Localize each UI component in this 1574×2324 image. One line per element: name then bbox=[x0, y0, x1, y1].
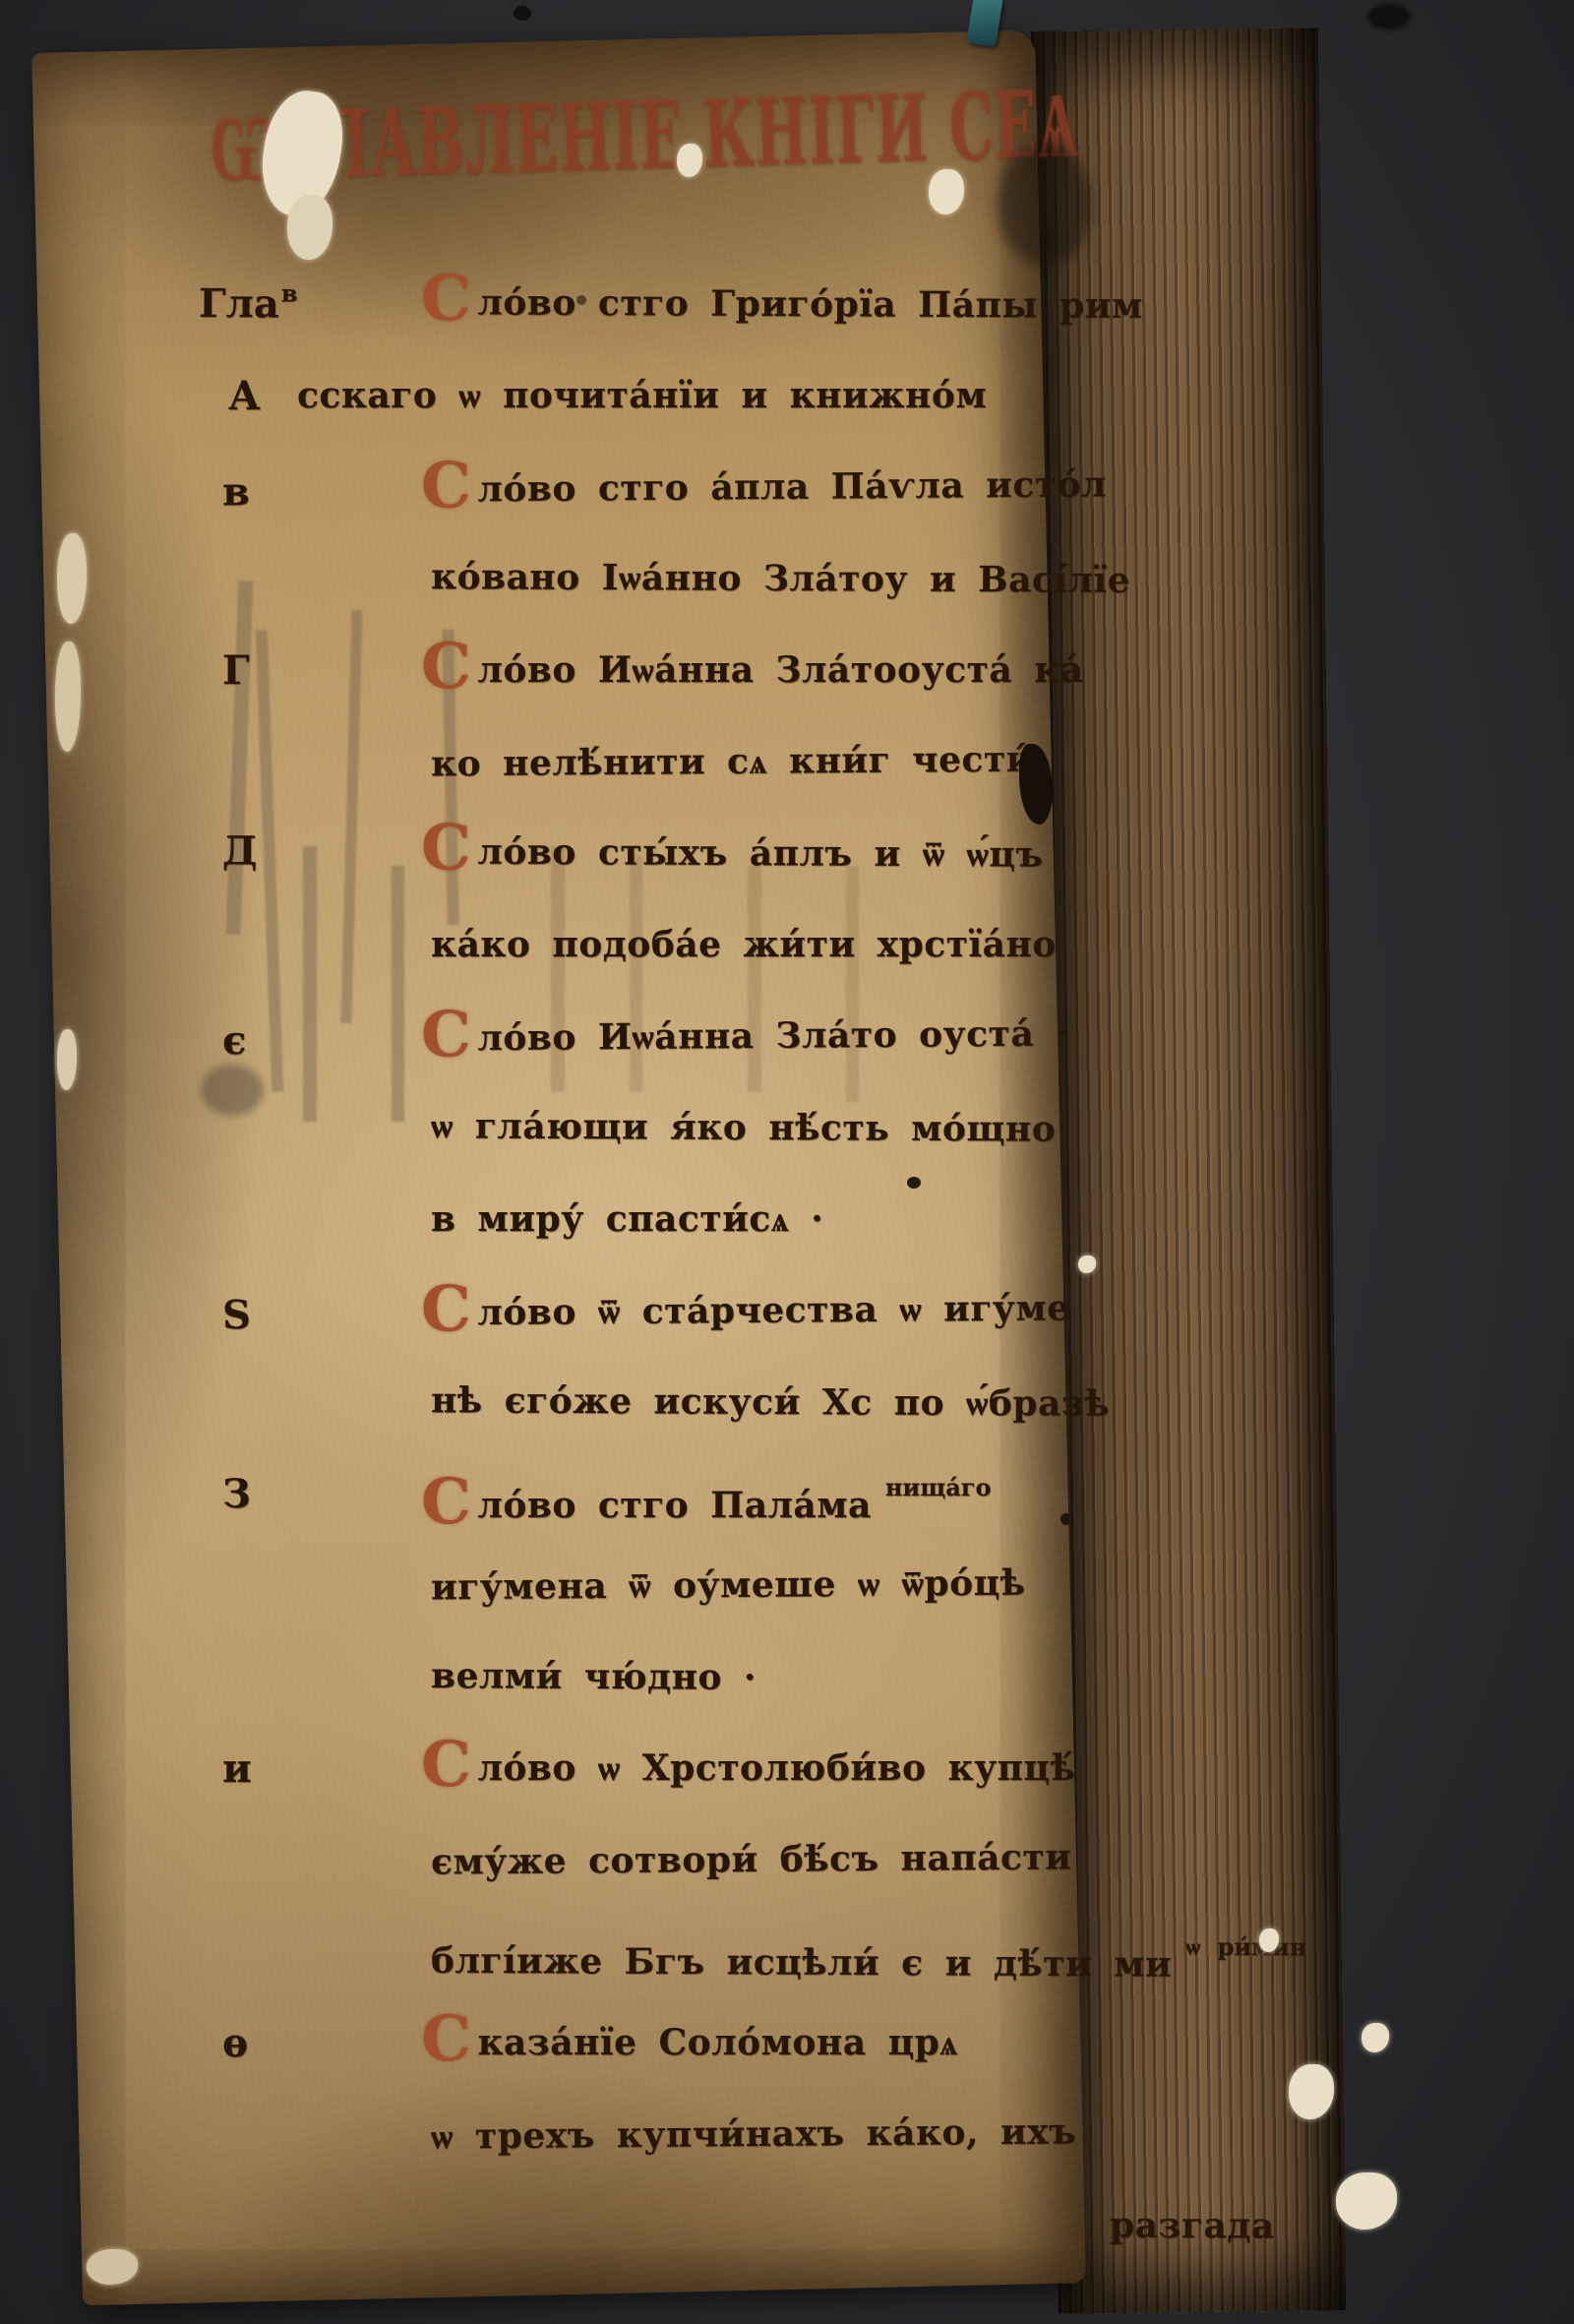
rubric-initial: С bbox=[421, 262, 472, 336]
rubric-initial: С bbox=[421, 811, 472, 885]
ink-blot bbox=[576, 295, 586, 305]
line-text: ка́ко подоба́е жи́ти хрстїа́но bbox=[431, 924, 1057, 965]
text-line: игу́мена ѿ оу́меше ѡ ѿро́цѣ bbox=[431, 1562, 1026, 1609]
chapter-number: и bbox=[222, 1745, 252, 1792]
rubric-initial: С bbox=[421, 1728, 471, 1802]
text-line: в миру́ спасти́сѧ · bbox=[431, 1198, 823, 1240]
rubric-initial: С bbox=[421, 998, 472, 1071]
chapter-number: ѳ bbox=[222, 2020, 248, 2066]
line-text: велми́ чю́дно · bbox=[431, 1655, 757, 1698]
line-text: сскаго ѡ почита́нїи и книжно́м bbox=[297, 375, 987, 416]
text-line: ѳСказа́нїе Соло́мона црѧ bbox=[421, 2022, 958, 2063]
text-line: разгада bbox=[1110, 2205, 1275, 2247]
text-line: ка́ко подоба́е жи́ти хрстїа́но bbox=[431, 924, 1057, 965]
line-text: блгі́иже Бгъ исцѣли́ є и дѣ́ти ми bbox=[431, 1940, 1172, 1986]
line-text: ло́во ѡ Хрстолюби́во купцѣ́ bbox=[477, 1747, 1075, 1789]
rubric-initial: С bbox=[421, 1465, 471, 1539]
stain-smudge bbox=[998, 144, 1092, 266]
chapter-number: в bbox=[222, 468, 250, 515]
text-line: ѡ гла́ющи я́ко нѣ́сть мо́щно bbox=[431, 1105, 1056, 1149]
ink-blot bbox=[1367, 4, 1411, 30]
rubric-initial: С bbox=[421, 1272, 472, 1346]
superscript-letter: в bbox=[281, 278, 298, 307]
line-text: игу́мена ѿ оу́меше ѡ ѿро́цѣ bbox=[431, 1562, 1026, 1609]
line-text: каза́нїе Соло́мона црѧ bbox=[477, 2022, 957, 2063]
line-text: разгада bbox=[1110, 2205, 1275, 2247]
manuscript-photo: ѠГЛАВЛЕНІЕ КНІГИ СЕѦ ГлавСло́во стго Гри… bbox=[0, 0, 1574, 2324]
chapter-number: Д bbox=[222, 827, 258, 874]
text-line: иСло́во ѡ Хрстолюби́во купцѣ́ bbox=[421, 1747, 1075, 1789]
line-text: ѡ гла́ющи я́ко нѣ́сть мо́щно bbox=[431, 1105, 1056, 1149]
chapter-number: Г bbox=[222, 647, 250, 694]
chapter-number: Глав bbox=[199, 278, 298, 328]
text-line: Асскаго ѡ почита́нїи и книжно́м bbox=[297, 375, 987, 416]
line-text: ло́во стго а́пла Па́ѵла исто́л bbox=[477, 463, 1107, 510]
ink-blot bbox=[907, 1177, 921, 1189]
text-line: вСло́во стго а́пла Па́ѵла исто́л bbox=[421, 463, 1107, 510]
text-line: велми́ чю́дно · bbox=[431, 1655, 757, 1698]
text-line: ко́вано Іѡа́нно Зла́тоу и Васі́лїе bbox=[431, 556, 1130, 601]
ink-blot bbox=[1060, 1513, 1072, 1525]
chapter-number: А bbox=[228, 373, 261, 419]
line-text: ѡ трехъ купчи́нахъ ка́ко, ихъ bbox=[431, 2110, 1077, 2157]
table-of-contents: ГлавСло́во стго Григо́рїа Па́пы римАсска… bbox=[0, 0, 1574, 2324]
text-line: ГСло́во Иѡа́нна Зла́тооуста́ ка́ bbox=[421, 649, 1084, 691]
rubric-initial: С bbox=[421, 2002, 471, 2076]
line-text: ло́во сты́хъ а́плъ и ѿ ѡ́цъ bbox=[477, 831, 1043, 876]
line-text: ло́во Иѡа́нна Зла́тооуста́ ка́ bbox=[477, 649, 1083, 691]
line-text: ло́во Иѡа́нна Зла́то оуста́ · bbox=[477, 1012, 1068, 1059]
rubric-initial: С bbox=[421, 449, 472, 522]
line-text: ко нелѣ́нити сѧ кни́г чести́ bbox=[431, 739, 1033, 785]
rubric-initial: С bbox=[421, 630, 471, 703]
interlinear-gloss: ѡ ри́мин bbox=[1185, 1932, 1306, 1962]
chapter-number: З bbox=[222, 1471, 251, 1517]
text-line: ЗСло́во стго Пала́манища́го bbox=[421, 1473, 991, 1526]
text-line: ЅСло́во ѿ ста́рчества ѡ игу́ме bbox=[421, 1287, 1070, 1333]
ink-blot bbox=[514, 6, 531, 21]
text-line: нѣ єго́же искуси́ Хс по ѡ́бразѣ bbox=[431, 1379, 1110, 1425]
line-text: в миру́ спасти́сѧ · bbox=[431, 1198, 823, 1240]
text-line: єму́же сотвори́ бѣ́съ напа́сти bbox=[431, 1836, 1072, 1882]
line-text: ло́во ѿ ста́рчества ѡ игу́ме bbox=[477, 1287, 1069, 1333]
line-text: ко́вано Іѡа́нно Зла́тоу и Васі́лїе bbox=[431, 556, 1130, 601]
text-line: ѡ трехъ купчи́нахъ ка́ко, ихъ bbox=[431, 2110, 1077, 2157]
text-line: ДСло́во сты́хъ а́плъ и ѿ ѡ́цъ bbox=[421, 830, 1044, 875]
text-line: єСло́во Иѡа́нна Зла́то оуста́ · bbox=[421, 1012, 1069, 1059]
line-text: ло́во стго Пала́ма bbox=[477, 1485, 871, 1526]
line-text: нѣ єго́же искуси́ Хс по ѡ́бразѣ bbox=[431, 1379, 1110, 1425]
text-line: ко нелѣ́нити сѧ кни́г чести́ bbox=[431, 739, 1033, 785]
chapter-number: є bbox=[222, 1017, 247, 1064]
line-text: єму́же сотвори́ бѣ́съ напа́сти bbox=[431, 1836, 1072, 1882]
text-line: ГлавСло́во стго Григо́рїа Па́пы рим bbox=[421, 281, 1143, 327]
chapter-number: Ѕ bbox=[222, 1292, 251, 1338]
stain-smudge bbox=[201, 1065, 264, 1116]
text-line: блгі́иже Бгъ исцѣли́ є и дѣ́ти миѡ ри́ми… bbox=[431, 1928, 1307, 1987]
interlinear-gloss: нища́го bbox=[885, 1473, 992, 1501]
line-text: ло́во стго Григо́рїа Па́пы рим bbox=[477, 281, 1142, 327]
